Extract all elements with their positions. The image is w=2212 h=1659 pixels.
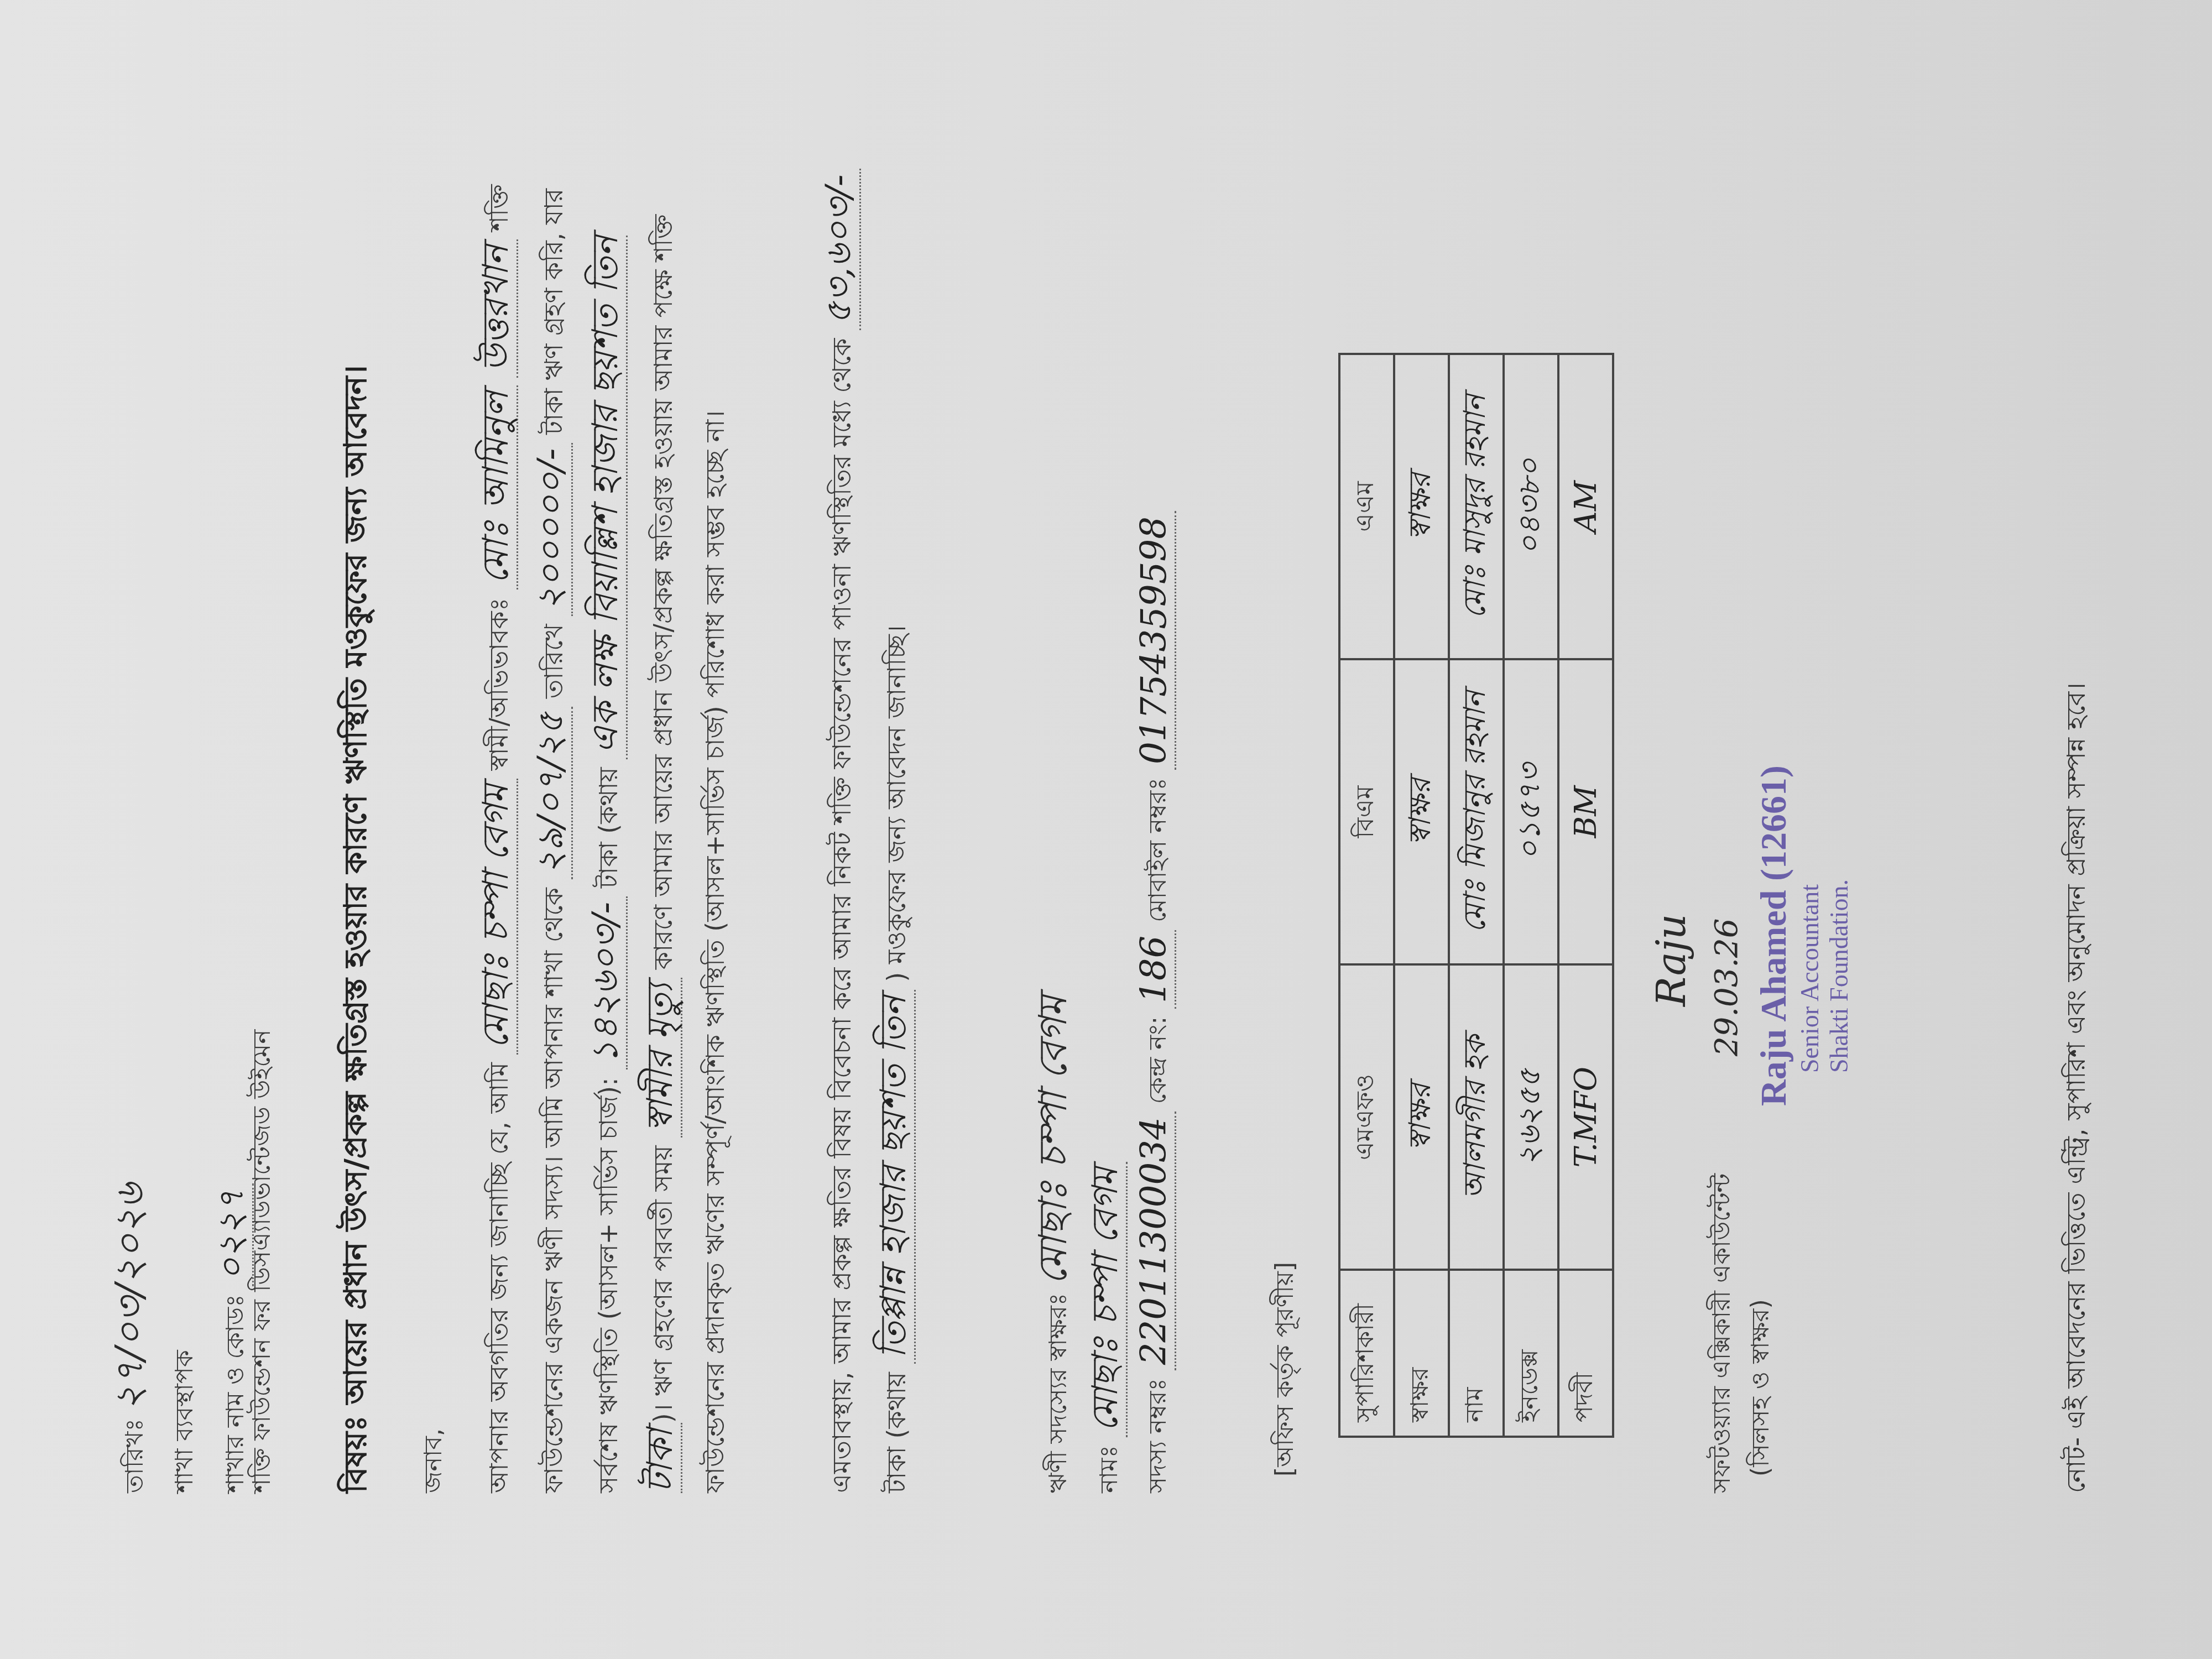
column-header: এএম <box>1339 354 1394 659</box>
mobile-value: 01754359598 <box>1134 511 1176 770</box>
office-recommendation-table: সুপারিশকারী এমএফও বিএম এএম স্বাক্ষর স্বা… <box>1338 353 1614 1438</box>
p1-text-7: টাকা (কথায় <box>593 767 623 888</box>
signature-cell: স্বাক্ষর <box>1394 659 1449 964</box>
p2-text-1: এমতাবস্থায়, আমার প্রকল্প ক্ষতির বিষয় ব… <box>827 338 857 1493</box>
loan-date-field: ২৯/০৭/২৫ <box>530 707 573 880</box>
approver-sublabel: (সিলসহ ও স্বাক্ষর) <box>1742 1299 1782 1477</box>
p1-text-8: ঋণ গ্রহণের পরবর্তী সময় <box>648 1145 678 1396</box>
designation-cell: T.MFO <box>1558 964 1613 1270</box>
stamp-name: Raju Ahamed (12661) <box>1753 765 1795 1106</box>
member-name-label: নামঃ <box>1095 1445 1123 1493</box>
branch-name-field: উত্তরখান <box>476 239 518 378</box>
loan-waiver-application-form: তারিখঃ ২৭/০৩/২০২৬ শাখা ব্যবস্থাপক শাখার … <box>0 0 2212 1659</box>
member-number-value: 22011300034 <box>1134 1112 1176 1370</box>
paragraph-1: আপনার অবগতির জন্য জানাচ্ছি যে, আমি মোছাঃ… <box>470 138 741 1493</box>
subject-line: বিষয়ঃ আয়ের প্রধান উৎস/প্রকল্প ক্ষতিগ্র… <box>332 365 384 1493</box>
table-row: পদবী T.MFO BM AM <box>1558 354 1613 1437</box>
date-label: তারিখঃ <box>121 1418 149 1493</box>
table-row: নাম আলমগীর হক মোঃ মিজানুর রহমান মোঃ মাসু… <box>1449 354 1504 1437</box>
paragraph-2: এমতাবস্থায়, আমার প্রকল্প ক্ষতির বিষয় ব… <box>813 138 922 1493</box>
row-label: ইনডেক্স <box>1504 1270 1558 1437</box>
row-label: স্বাক্ষর <box>1394 1270 1449 1437</box>
center-value: 186 <box>1134 930 1176 1009</box>
organization-name: শক্তি ফাউন্ডেশন ফর ডিসএ্যাডভান্টেজড উইমে… <box>243 1029 284 1493</box>
p1-text-5: তারিখে <box>539 624 568 698</box>
footer-note: নোট- এই আবেদনের ভিত্তিতে এন্ট্রি, সুপারি… <box>2057 682 2099 1493</box>
member-number-line: সদস্য নম্বরঃ 22011300034 কেন্দ্র নং: 186… <box>1134 511 1180 1493</box>
row-label: পদবী <box>1558 1270 1613 1437</box>
index-cell: ০১৫৭৩ <box>1504 659 1558 964</box>
recipient-title: শাখা ব্যবস্থাপক <box>166 1350 206 1493</box>
center-label: কেন্দ্র নং: <box>1144 1016 1172 1104</box>
stamp-organization: Shakti Foundation. <box>1824 765 1854 1106</box>
approver-sign-date: 29.03.26 <box>1709 919 1745 1056</box>
stamp-title: Senior Accountant <box>1795 765 1824 1106</box>
signature-cell: স্বাক্ষর <box>1394 964 1449 1270</box>
name-cell: আলমগীর হক <box>1449 964 1504 1270</box>
table-row: স্বাক্ষর স্বাক্ষর স্বাক্ষর স্বাক্ষর <box>1394 354 1449 1437</box>
column-header: সুপারিশকারী <box>1339 1270 1394 1437</box>
designation-cell: AM <box>1558 354 1613 659</box>
p2-text-2: টাকা (কথায় <box>881 1372 911 1493</box>
table-header-row: সুপারিশকারী এমএফও বিএম এএম <box>1339 354 1394 1437</box>
name-cell: মোঃ মাসুদুর রহমান <box>1449 354 1504 659</box>
name-cell: মোঃ মিজানুর রহমান <box>1449 659 1504 964</box>
member-name-field: মোছাঃ চম্পা বেগম <box>476 779 518 1055</box>
approver-signature: Raju <box>1648 914 1694 1006</box>
member-signature: মোছাঃ চম্পা বেগম <box>1030 995 1076 1285</box>
index-cell: ২৬২৫৫ <box>1504 964 1558 1270</box>
member-name-line: নামঃ মোছাঃ চম্পা বেগম <box>1078 1162 1138 1493</box>
date-value: ২৭/০৩/২০২৬ <box>107 1183 152 1411</box>
column-header: এমএফও <box>1339 964 1394 1270</box>
member-number-label: সদস্য নম্বরঃ <box>1144 1378 1172 1493</box>
mobile-label: মোবাইল নম্বরঃ <box>1144 778 1172 922</box>
p1-text-1: আপনার অবগতির জন্য জানাচ্ছি যে, আমি <box>484 1062 514 1493</box>
date-line: তারিখঃ ২৭/০৩/২০২৬ <box>100 1183 164 1493</box>
member-name-value: মোছাঃ চম্পা বেগম <box>1085 1162 1128 1438</box>
reason-field: স্বামীর মৃত্যু <box>640 978 682 1138</box>
outstanding-amount-field: ১৪২৬০৩/- <box>585 896 628 1070</box>
index-cell: ০৪৩৮০ <box>1504 354 1558 659</box>
loan-amount-field: ২০০০০০/- <box>530 443 573 616</box>
member-signature-label: ঋণী সদস্যের স্বাক্ষরঃ <box>1044 1293 1072 1493</box>
waiver-words-field: তিপ্পান্ন হাজার ছয়শত তিন <box>873 990 916 1364</box>
p2-text-3: ) মওকুফের জন্য আবেদন জানাচ্ছি। <box>881 625 911 982</box>
salutation: জনাব, <box>415 1428 455 1493</box>
table-row: ইনডেক্স ২৬২৫৫ ০১৫৭৩ ০৪৩৮০ <box>1504 354 1558 1437</box>
waiver-amount-field: ৫৩,৬০৩/- <box>818 169 861 330</box>
office-caption: [অফিস কর্তৃক পূরণীয়] <box>1266 1262 1307 1477</box>
row-label: নাম <box>1449 1270 1504 1437</box>
guardian-name-field: মোঃ আমিনুল <box>476 385 518 589</box>
accountant-stamp: Raju Ahamed (12661) Senior Accountant Sh… <box>1753 765 1854 1106</box>
approver-label: সফটওয়্যার এক্সিকারী একাউন্টেন্ট <box>1703 1173 1744 1493</box>
designation-cell: BM <box>1558 659 1613 964</box>
p1-text-2: স্বামী/অভিভাবকঃ <box>484 598 514 771</box>
column-header: বিএম <box>1339 659 1394 964</box>
signature-cell: স্বাক্ষর <box>1394 354 1449 659</box>
